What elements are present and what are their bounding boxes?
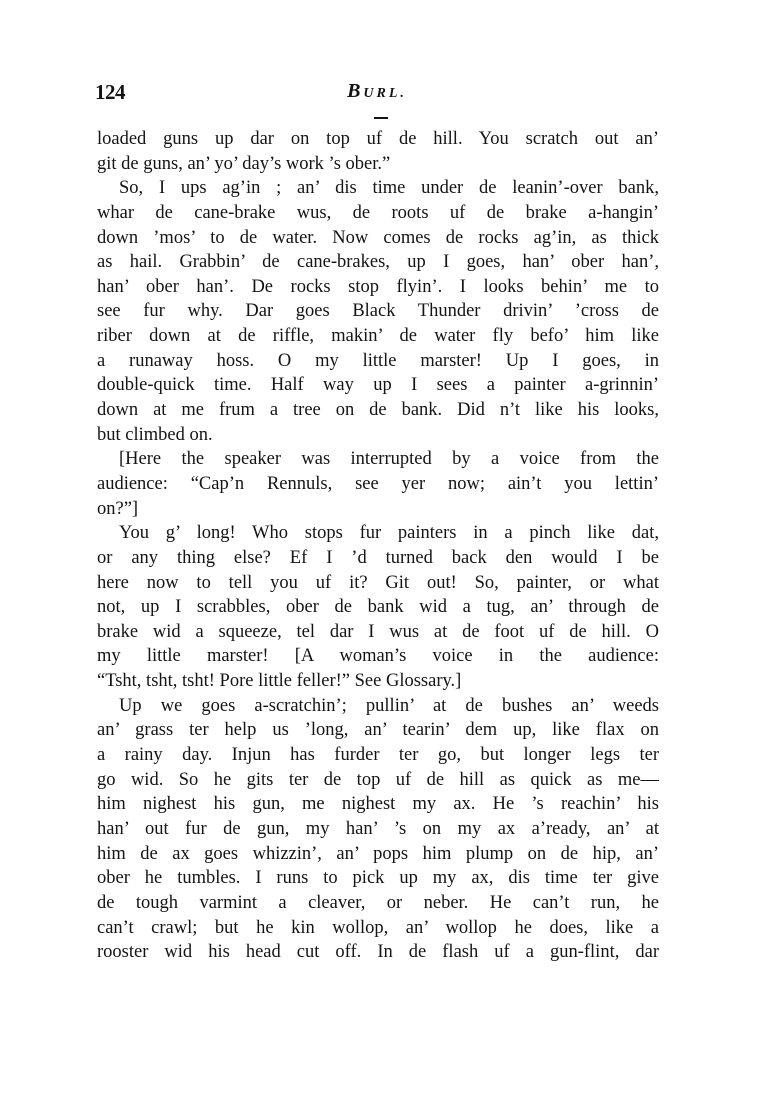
- text-line: but climbed on.: [97, 423, 659, 448]
- text-line: whar de cane-brake wus, de roots uf de b…: [97, 201, 659, 226]
- text-line: rooster wid his head cut off. In de flas…: [97, 940, 659, 965]
- text-line: So, I ups ag’in ; an’ dis time under de …: [97, 176, 659, 201]
- text-line: him nighest his gun, me nighest my ax. H…: [97, 792, 659, 817]
- running-title-rest: URL.: [363, 86, 407, 101]
- text-line: brake wid a squeeze, tel dar I wus at de…: [97, 620, 659, 645]
- text-line: go wid. So he gits ter de top uf de hill…: [97, 768, 659, 793]
- text-line: him de ax goes whizzin’, an’ pops him pl…: [97, 842, 659, 867]
- text-line: ober he tumbles. I runs to pick up my ax…: [97, 866, 659, 891]
- text-line: a rainy day. Injun has furder ter go, bu…: [97, 743, 659, 768]
- book-page: 124 BURL. loaded guns up dar on top uf d…: [0, 0, 760, 1100]
- text-line: my little marster! [A woman’s voice in t…: [97, 644, 659, 669]
- text-line: han’ ober han’. De rocks stop flyin’. I …: [97, 275, 659, 300]
- text-line: git de guns, an’ yo’ day’s work ’s ober.…: [97, 152, 659, 177]
- running-title: BURL.: [95, 80, 659, 103]
- text-line: on?”]: [97, 497, 659, 522]
- text-line: [Here the speaker was interrupted by a v…: [97, 447, 659, 472]
- text-line: see fur why. Dar goes Black Thunder driv…: [97, 299, 659, 324]
- running-head: 124 BURL.: [95, 80, 659, 110]
- text-line: de tough varmint a cleaver, or neber. He…: [97, 891, 659, 916]
- text-line: not, up I scrabbles, ober de bank wid a …: [97, 595, 659, 620]
- text-line: down ’mos’ to de water. Now comes de roc…: [97, 226, 659, 251]
- text-line: as hail. Grabbin’ de cane-brakes, up I g…: [97, 250, 659, 275]
- text-line: riber down at de riffle, makin’ de water…: [97, 324, 659, 349]
- text-line: Up we goes a-scratchin’; pullin’ at de b…: [97, 694, 659, 719]
- text-line: an’ grass ter help us ’long, an’ tearin’…: [97, 718, 659, 743]
- text-line: here now to tell you uf it? Git out! So,…: [97, 571, 659, 596]
- text-line: han’ out fur de gun, my han’ ’s on my ax…: [97, 817, 659, 842]
- text-line: audience: “Cap’n Rennuls, see yer now; a…: [97, 472, 659, 497]
- body-text: loaded guns up dar on top uf de hill. Yo…: [97, 127, 659, 965]
- header-rule: [374, 117, 388, 119]
- text-line: or any thing else? Ef I ’d turned back d…: [97, 546, 659, 571]
- text-line: loaded guns up dar on top uf de hill. Yo…: [97, 127, 659, 152]
- text-line: a runaway hoss. O my little marster! Up …: [97, 349, 659, 374]
- running-title-initial: B: [347, 80, 363, 102]
- text-line: down at me frum a tree on de bank. Did n…: [97, 398, 659, 423]
- text-line: You g’ long! Who stops fur painters in a…: [97, 521, 659, 546]
- text-line: “Tsht, tsht, tsht! Pore little feller!” …: [97, 669, 659, 694]
- text-line: can’t crawl; but he kin wollop, an’ woll…: [97, 916, 659, 941]
- text-line: double-quick time. Half way up I sees a …: [97, 373, 659, 398]
